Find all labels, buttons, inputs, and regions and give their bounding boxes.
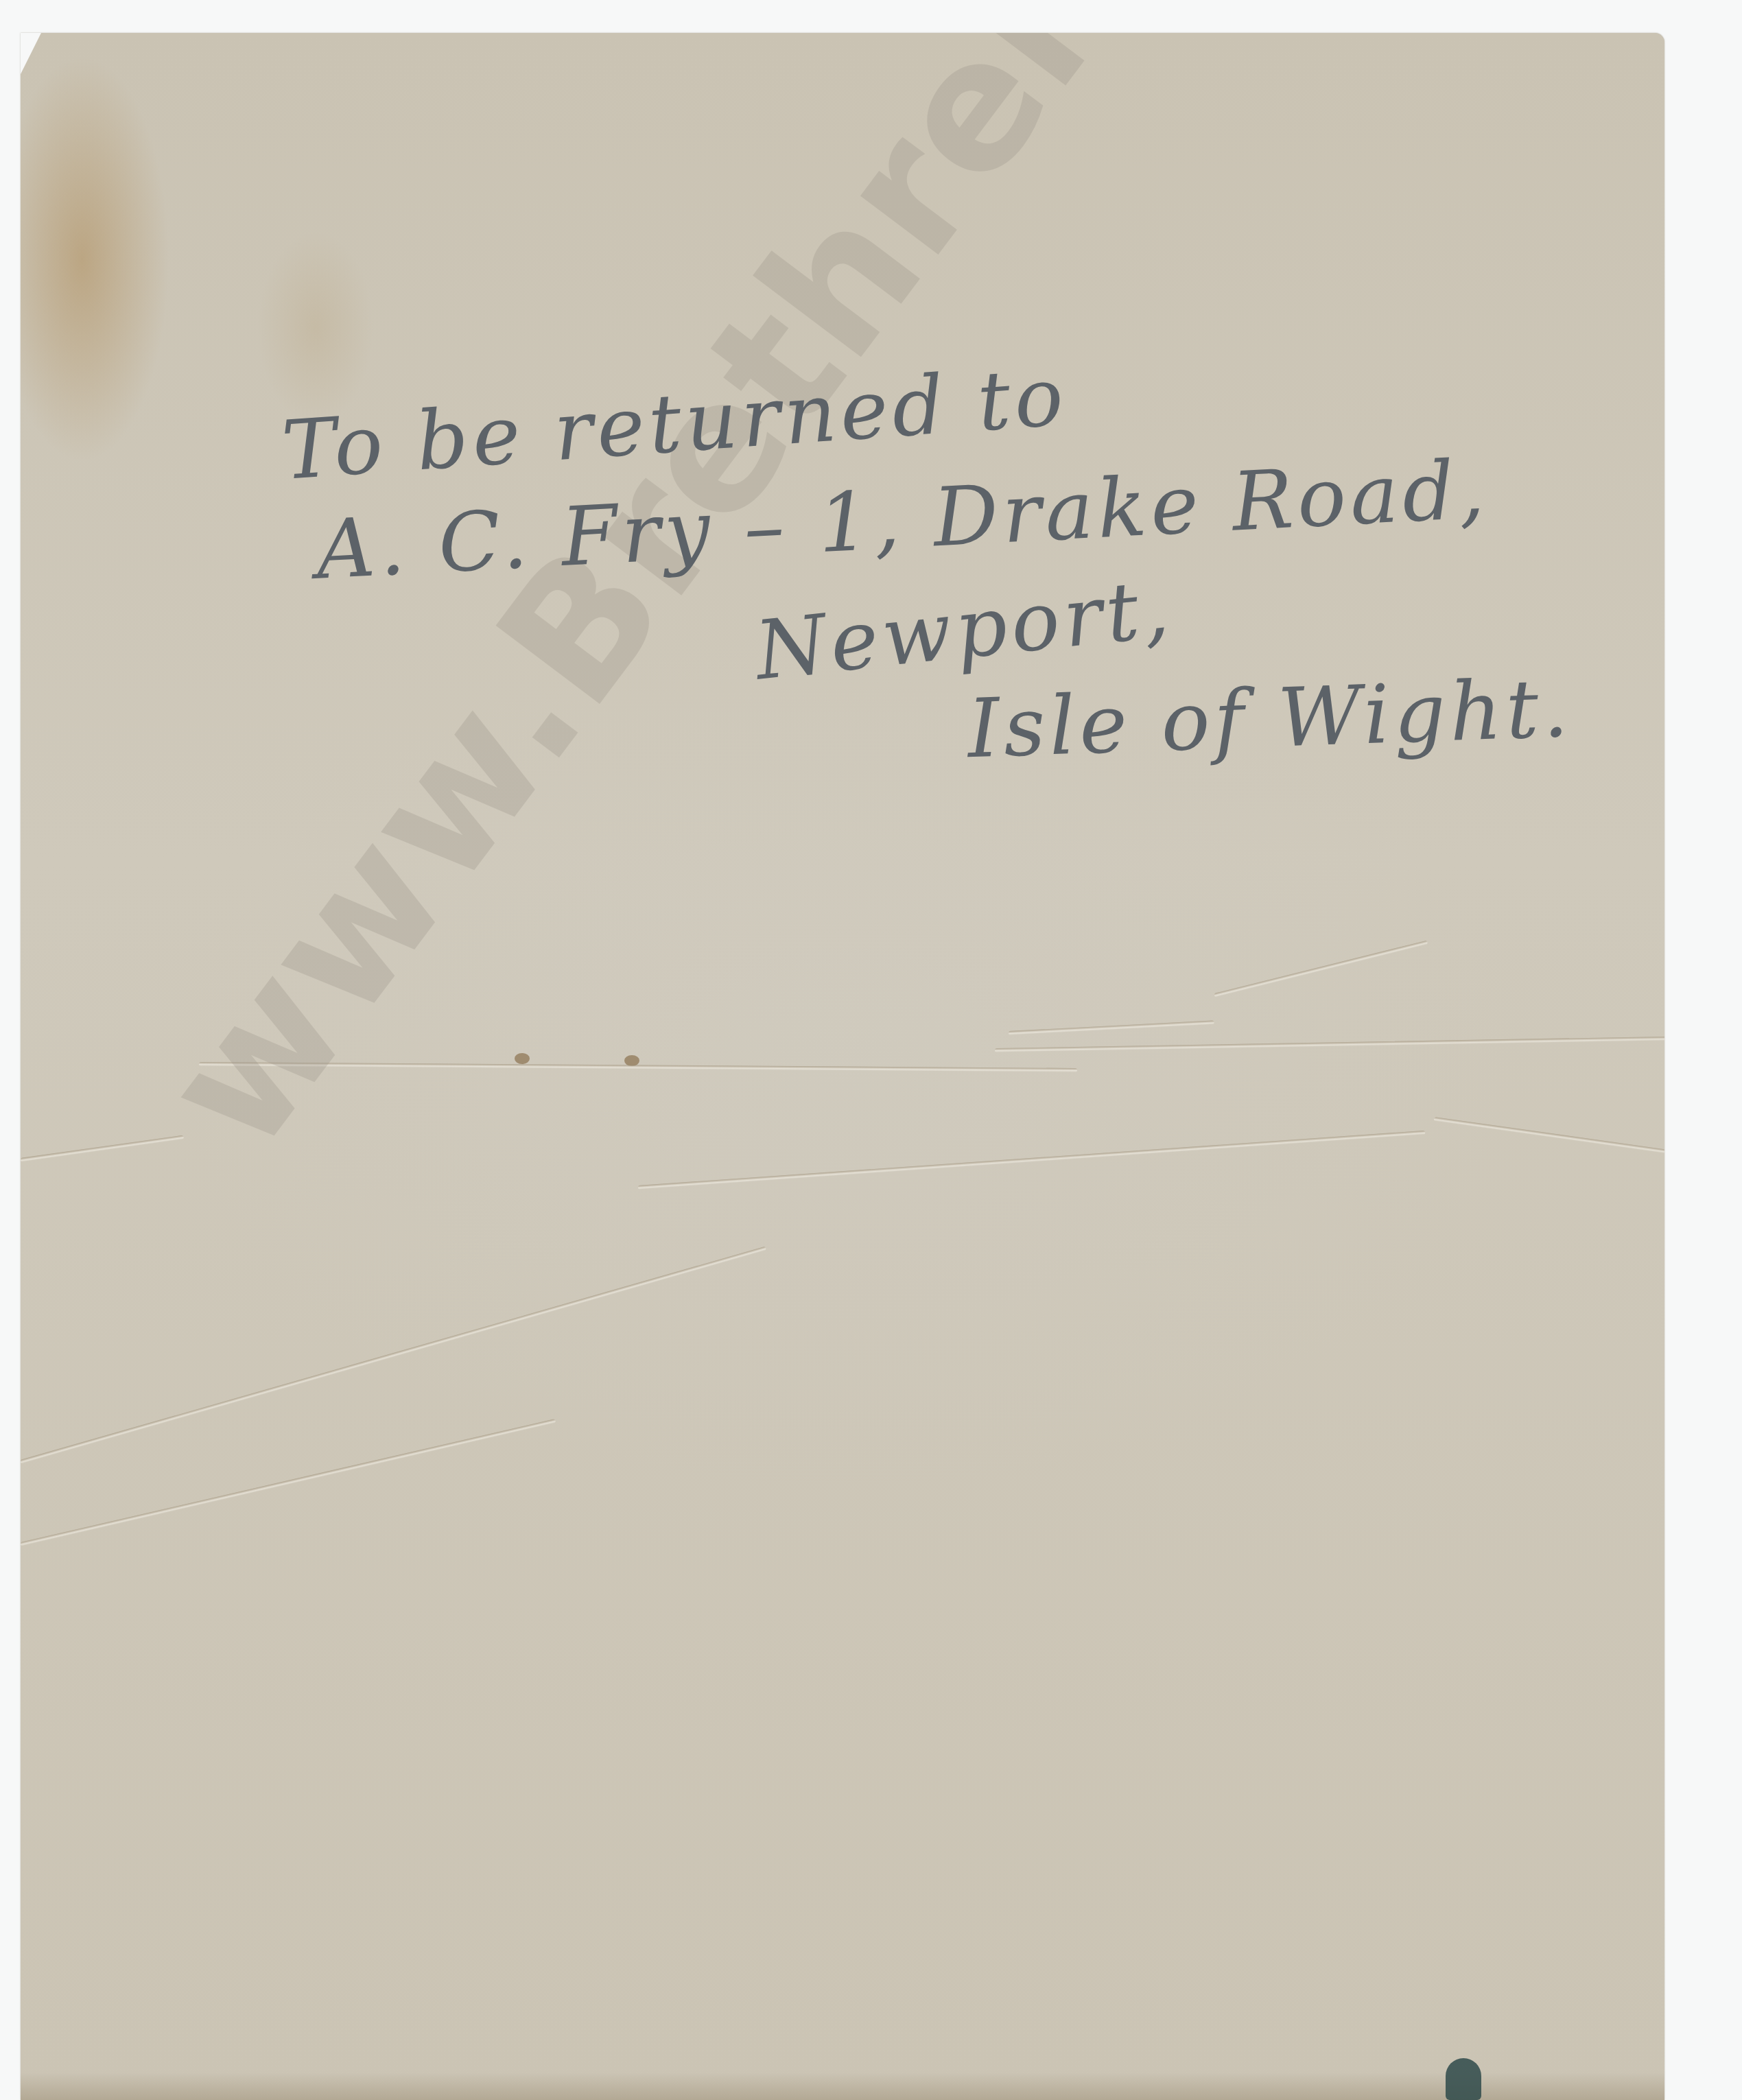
binding-clip [1446,2058,1481,2100]
scanned-page: www.BrethrenArchive.org To be returned t… [0,0,1742,2100]
paper-sheet: www.BrethrenArchive.org To be returned t… [21,33,1664,2100]
paper-crease [1009,1020,1214,1035]
paper-crease [21,1247,766,1464]
torn-corner [21,33,41,74]
paper-crease [1214,941,1428,998]
handwritten-line-county: Isle of Wight. [966,661,1574,777]
stain-mark [515,1053,530,1064]
paper-crease [21,1135,184,1162]
bottom-fold-edge [21,2073,1664,2100]
paper-crease [638,1131,1426,1190]
paper-crease [995,1037,1664,1052]
paper-crease [1434,1117,1664,1153]
